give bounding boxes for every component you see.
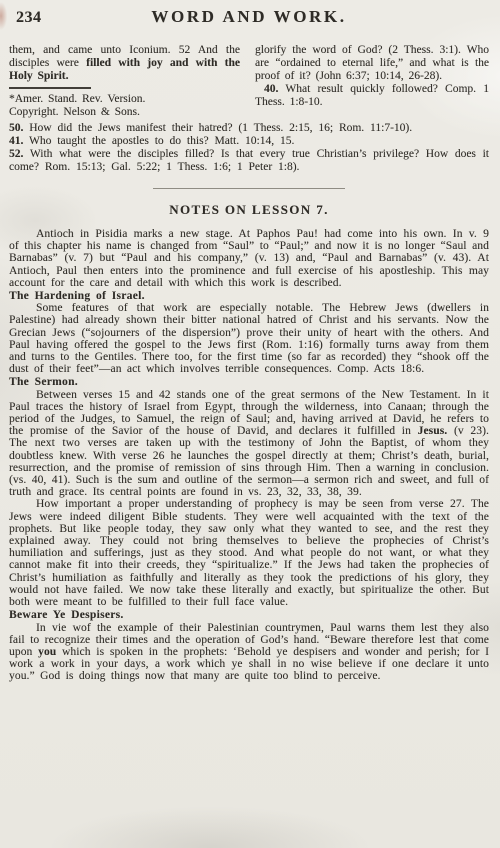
left-column: them, and came unto Iconium. 52 And the … (9, 44, 240, 119)
footnote-version: *Amer. Stand. Rev. Version. (9, 93, 240, 106)
question-52: 52. With what were the disciples filled?… (9, 148, 489, 174)
section-divider-rule (153, 188, 345, 189)
subheading-beware-ye-despisers: Beware Ye Despisers. (9, 609, 489, 621)
notes-paragraph-hardening: Some features of that work are especiall… (9, 302, 489, 375)
full-width-questions: 50. How did the Jews manifest their hatr… (9, 122, 489, 174)
scripture-text: them, and came unto Iconium. 52 And the … (9, 44, 240, 83)
question-50: 50. How did the Jews manifest their hatr… (9, 122, 489, 135)
notes-paragraph-despisers: In vie wof the example of their Palestin… (9, 622, 489, 683)
notes-paragraph-sermon: Between verses 15 and 42 stands one of t… (9, 389, 489, 499)
question-continuation: glorify the word of God? (2 Thess. 3:1).… (255, 44, 489, 83)
top-two-column-section: them, and came unto Iconium. 52 And the … (9, 44, 489, 119)
subheading-hardening-of-israel: The Hardening of Israel. (9, 290, 489, 302)
page-title: WORD AND WORK. (9, 7, 489, 27)
right-column: glorify the word of God? (2 Thess. 3:1).… (255, 44, 489, 119)
scanned-page: 234 WORD AND WORK. them, and came unto I… (0, 0, 500, 848)
notes-paragraph-antioch: Antioch in Pisidia marks a new stage. At… (9, 228, 489, 289)
question-41: 41. Who taught the apostles to do this? … (9, 135, 489, 148)
notes-heading: NOTES ON LESSON 7. (9, 202, 489, 218)
notes-paragraph-prophecy: How important a proper understanding of … (9, 498, 489, 608)
page-header: 234 WORD AND WORK. (9, 7, 489, 29)
page-number: 234 (16, 9, 42, 27)
footnote-copyright: Copyright. Nelson & Sons. (9, 106, 240, 119)
question-40: 40. What result quickly followed? Comp. … (255, 83, 489, 109)
footnote-rule (9, 87, 91, 89)
notes-section: Antioch in Pisidia marks a new stage. At… (9, 228, 489, 683)
subheading-the-sermon: The Sermon. (9, 376, 489, 388)
